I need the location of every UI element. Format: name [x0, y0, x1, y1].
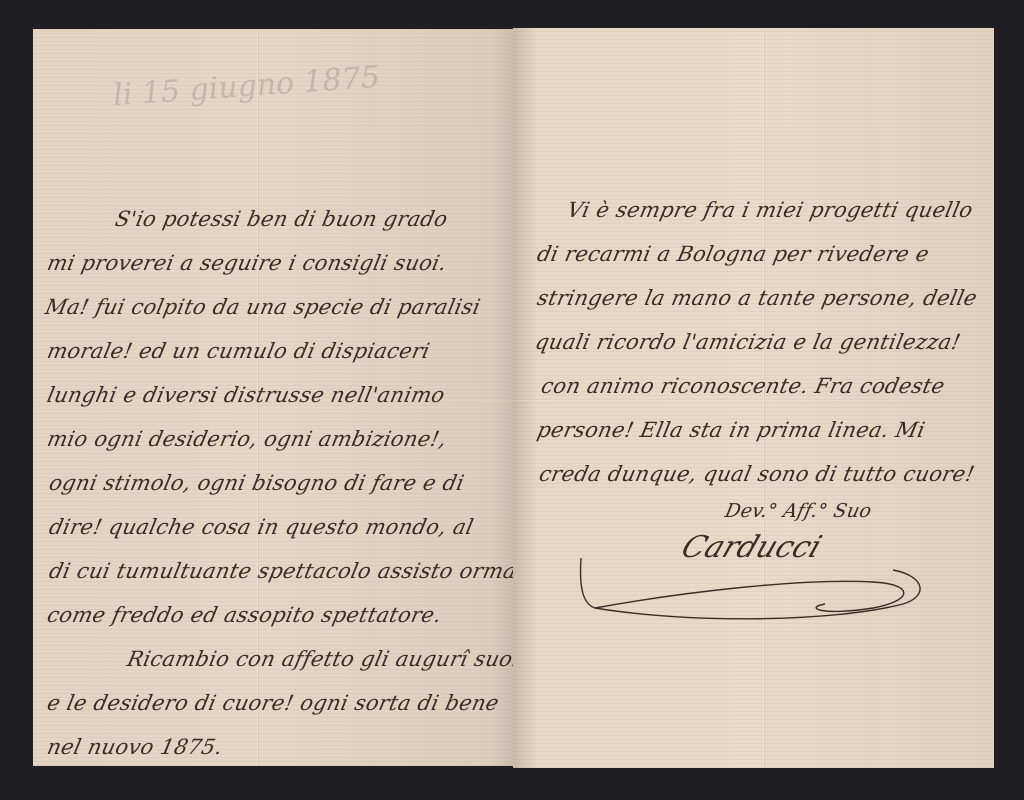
closing-formula: Dev.° Aff.° Suo [723, 500, 874, 522]
letter-line: di cui tumultuante spettacolo assisto or… [47, 559, 526, 583]
letter-line: e le desidero di cuore! ogni sorta di be… [45, 691, 501, 715]
letter-line: creda dunque, qual sono di tutto cuore! [537, 462, 977, 486]
gutter-shadow [513, 28, 537, 768]
letter-page-right: Vi è sempre fra i miei progetti quello d… [513, 28, 994, 768]
letter-line: ogni stimolo, ogni bisogno di fare e di [47, 471, 466, 495]
letter-line: dire! qualche cosa in questo mondo, al [47, 515, 476, 539]
signature-flourish-icon [573, 548, 933, 628]
bleed-through-date: li 15 giugno 1875 [112, 60, 381, 114]
letter-line: persone! Ella sta in prima linea. Mi [535, 418, 927, 442]
letter-line: mi proverei a seguire i consigli suoi. [45, 251, 449, 275]
letter-line: di recarmi a Bologna per rivedere e [535, 242, 931, 266]
letter-line: S'io potessi ben di buon grado [113, 207, 450, 231]
letter-line: morale! ed un cumulo di dispiaceri [45, 339, 432, 363]
letter-line: nel nuovo 1875. [45, 735, 225, 759]
letter-line: come freddo ed assopito spettatore. [45, 603, 444, 627]
letter-line: lunghi e diversi distrusse nell'animo [45, 383, 447, 407]
letter-line: Vi è sempre fra i miei progetti quello [565, 198, 975, 222]
horizontal-fold [513, 400, 994, 402]
letter-line: con animo riconoscente. Fra codeste [539, 374, 947, 398]
letter-line: mio ogni desiderio, ogni ambizione!, [45, 427, 449, 451]
letter-page-left: li 15 giugno 1875 S'io potessi ben di bu… [33, 29, 513, 766]
letter-line: stringere la mano a tante persone, delle [535, 286, 979, 310]
letter-line: quali ricordo l'amicizia e la gentilezza… [533, 330, 963, 354]
letter-line: Ma! fui colpito da una specie di paralis… [43, 295, 483, 319]
letter-line: Ricambio con affetto gli augurî suoi [125, 647, 522, 671]
vertical-fold [763, 28, 765, 768]
